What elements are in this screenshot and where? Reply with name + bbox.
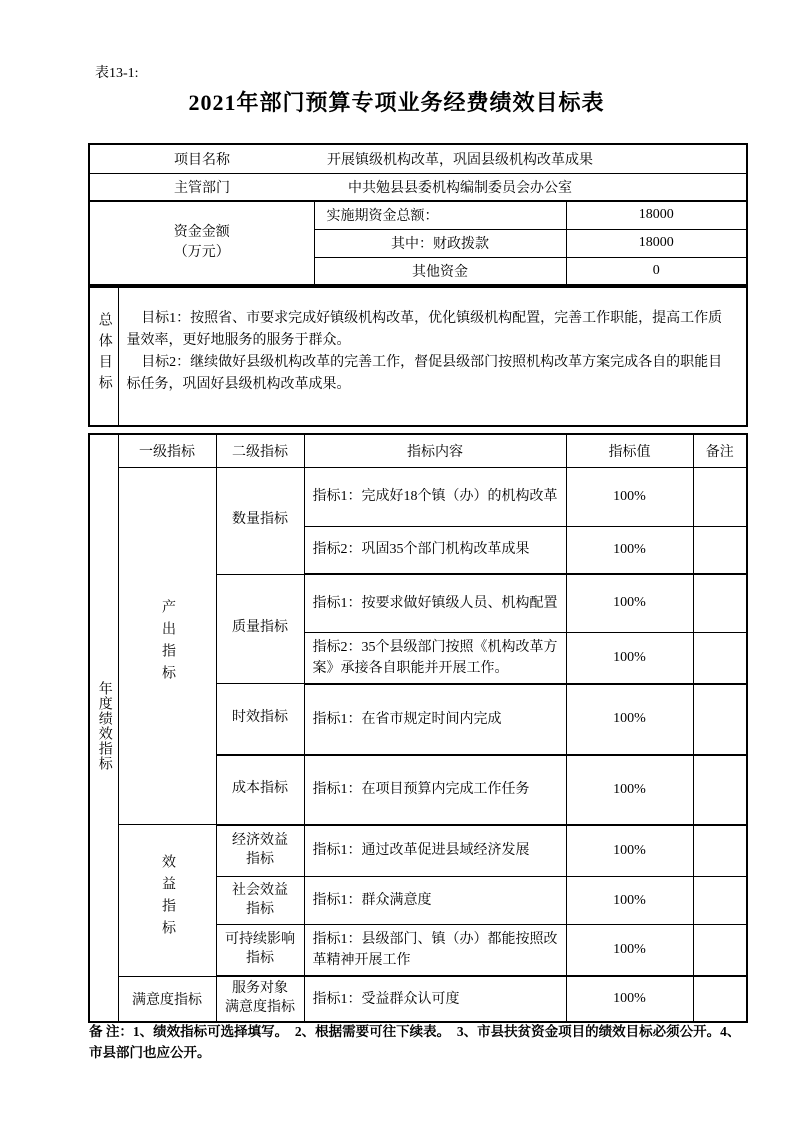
- project-name-row: 项目名称 开展镇级机构改革，巩固县级机构改革成果: [89, 144, 747, 173]
- indicator-table: 年度绩效指标 一级指标 二级指标 指标内容 指标值 备注 产出指标 数量指标 指…: [88, 433, 748, 1023]
- tables-container: 项目名称 开展镇级机构改革，巩固县级机构改革成果 主管部门 中共勉县县委机构编制…: [88, 143, 746, 1023]
- goal-2-text: 目标2：继续做好县级机构改革的完善工作，督促县级部门按照机构改革方案完成各自的职…: [127, 352, 737, 396]
- quantity-indicator-label: 数量指标: [216, 467, 304, 574]
- note-cell: [693, 825, 747, 877]
- project-name-label: 项目名称: [89, 144, 314, 173]
- indicator-content: 指标1：按要求做好镇级人员、机构配置: [304, 574, 566, 632]
- note-cell: [693, 755, 747, 825]
- timeliness-indicator-label: 时效指标: [216, 684, 304, 755]
- indicator-row: 效益指标 经济效益 指标 指标1：通过改革促进县域经济发展 100%: [89, 825, 747, 877]
- goal-1-text: 目标1：按照省、市要求完成好镇级机构改革，优化镇级机构配置，完善工作职能，提高工…: [127, 308, 737, 352]
- note-cell: [693, 574, 747, 632]
- indicator-value: 100%: [566, 574, 693, 632]
- fund-other-label: 其他资金: [314, 257, 566, 285]
- indicator-row: 满意度指标 服务对象 满意度指标 指标1：受益群众认可度 100%: [89, 976, 747, 1022]
- indicator-value: 100%: [566, 755, 693, 825]
- header-level2: 二级指标: [216, 434, 304, 467]
- indicator-value: 100%: [566, 976, 693, 1022]
- indicator-content: 指标2：巩固35个部门机构改革成果: [304, 526, 566, 574]
- header-content: 指标内容: [304, 434, 566, 467]
- indicator-value: 100%: [566, 877, 693, 925]
- note-cell: [693, 467, 747, 526]
- fund-total-value: 18000: [566, 201, 747, 229]
- annual-indicator-side-cell: 年度绩效指标: [89, 434, 118, 1022]
- fund-fiscal-label: 其中：财政拨款: [314, 229, 566, 257]
- indicator-value: 100%: [566, 825, 693, 877]
- indicator-header-row: 年度绩效指标 一级指标 二级指标 指标内容 指标值 备注: [89, 434, 747, 467]
- benefit-group-cell: 效益指标: [118, 825, 216, 977]
- table-number-tag: 表13-1:: [95, 62, 139, 82]
- note-cell: [693, 925, 747, 977]
- indicator-value: 100%: [566, 467, 693, 526]
- overall-goal-side-cell: 总体目标: [89, 287, 118, 426]
- indicator-value: 100%: [566, 684, 693, 755]
- service-satisfaction-label: 服务对象 满意度指标: [216, 976, 304, 1022]
- fund-total-row: 资金金额 （万元） 实施期资金总额： 18000: [89, 201, 747, 229]
- output-group-label: 产出指标: [160, 599, 174, 687]
- header-value: 指标值: [566, 434, 693, 467]
- fund-other-value: 0: [566, 257, 747, 285]
- overall-goal-row: 总体目标 目标1：按照省、市要求完成好镇级机构改革，优化镇级机构配置，完善工作职…: [89, 287, 747, 426]
- project-info-table: 项目名称 开展镇级机构改革，巩固县级机构改革成果 主管部门 中共勉县县委机构编制…: [88, 143, 748, 286]
- project-name-value: 开展镇级机构改革，巩固县级机构改革成果: [314, 144, 747, 173]
- page-title: 2021年部门预算专项业务经费绩效目标表: [0, 86, 793, 117]
- social-benefit-label: 社会效益 指标: [216, 877, 304, 925]
- economic-benefit-label: 经济效益 指标: [216, 825, 304, 877]
- fund-amount-label: 资金金额 （万元）: [89, 201, 314, 285]
- indicator-content: 指标1：完成好18个镇（办）的机构改革: [304, 467, 566, 526]
- indicator-content: 指标1：在项目预算内完成工作任务: [304, 755, 566, 825]
- note-cell: [693, 877, 747, 925]
- department-row: 主管部门 中共勉县县委机构编制委员会办公室: [89, 173, 747, 201]
- fund-fiscal-value: 18000: [566, 229, 747, 257]
- indicator-row: 产出指标 数量指标 指标1：完成好18个镇（办）的机构改革 100%: [89, 467, 747, 526]
- indicator-value: 100%: [566, 526, 693, 574]
- indicator-content: 指标2：35个县级部门按照《机构改革方案》承接各自职能并开展工作。: [304, 632, 566, 684]
- cost-indicator-label: 成本指标: [216, 755, 304, 825]
- footer-notes: 备 注：1、绩效指标可选择填写。 2、根据需要可往下续表。 3、市县扶贫资金项目…: [89, 1021, 741, 1063]
- indicator-content: 指标1：通过改革促进县域经济发展: [304, 825, 566, 877]
- department-value: 中共勉县县委机构编制委员会办公室: [314, 173, 747, 201]
- department-label: 主管部门: [89, 173, 314, 201]
- indicator-value: 100%: [566, 925, 693, 977]
- fund-total-label: 实施期资金总额：: [314, 201, 566, 229]
- quality-indicator-label: 质量指标: [216, 574, 304, 684]
- benefit-group-label: 效益指标: [160, 854, 174, 942]
- annual-indicator-label: 年度绩效指标: [97, 681, 111, 771]
- indicator-value: 100%: [566, 632, 693, 684]
- note-cell: [693, 684, 747, 755]
- header-note: 备注: [693, 434, 747, 467]
- indicator-content: 指标1：受益群众认可度: [304, 976, 566, 1022]
- header-level1: 一级指标: [118, 434, 216, 467]
- overall-goal-text-cell: 目标1：按照省、市要求完成好镇级机构改革，优化镇级机构配置，完善工作职能，提高工…: [118, 287, 747, 426]
- indicator-content: 指标1：在省市规定时间内完成: [304, 684, 566, 755]
- document-page: 表13-1: 2021年部门预算专项业务经费绩效目标表 项目名称 开展镇级机构改…: [0, 0, 793, 1122]
- overall-goal-label: 总体目标: [97, 312, 111, 396]
- indicator-content: 指标1：县级部门、镇（办）都能按照改革精神开展工作: [304, 925, 566, 977]
- overall-goal-table: 总体目标 目标1：按照省、市要求完成好镇级机构改革，优化镇级机构配置，完善工作职…: [88, 286, 748, 427]
- note-cell: [693, 632, 747, 684]
- note-cell: [693, 526, 747, 574]
- satisfaction-group-label: 满意度指标: [118, 976, 216, 1022]
- sustainability-label: 可持续影响 指标: [216, 925, 304, 977]
- note-cell: [693, 976, 747, 1022]
- indicator-content: 指标1：群众满意度: [304, 877, 566, 925]
- output-group-cell: 产出指标: [118, 467, 216, 825]
